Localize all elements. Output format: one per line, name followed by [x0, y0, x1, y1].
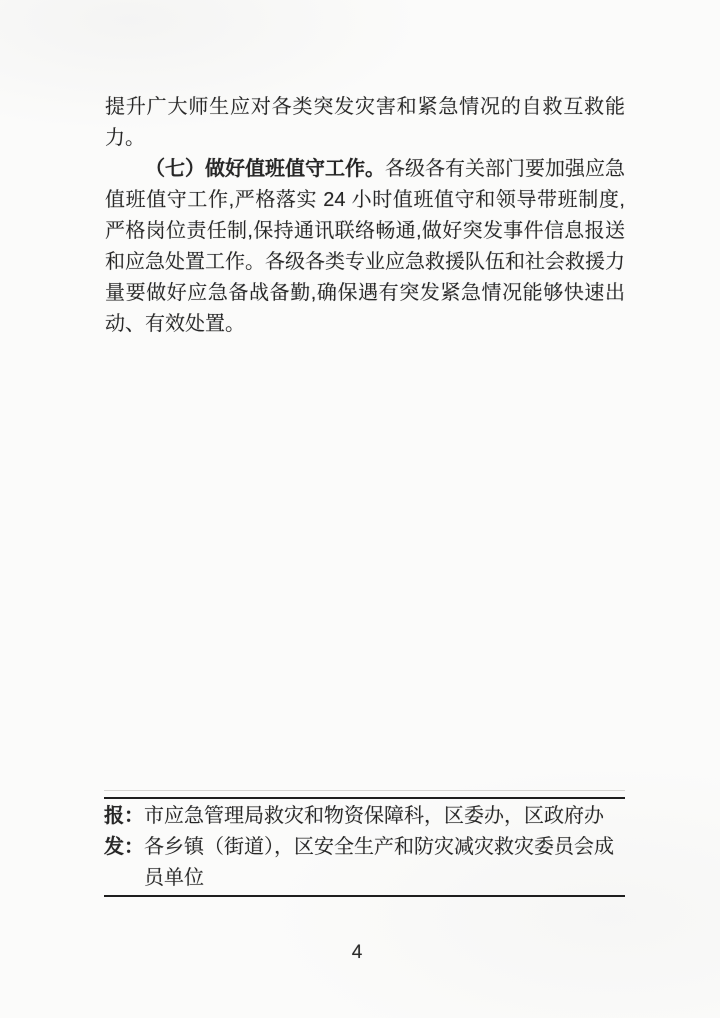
- issue-content: 各乡镇（街道），区安全生产和防灾减灾救灾委员会成 员单位: [144, 832, 625, 894]
- footer-rows: 报： 市应急管理局救灾和物资保障科，区委办，区政府办 发： 各乡镇（街道），区安…: [104, 799, 625, 895]
- page-number: 4: [0, 941, 714, 965]
- body-line-section-heading: （七）做好值班值守工作。各级各有关部门要加强应急: [105, 154, 625, 185]
- section-heading-rest: 各级各有关部门要加强应急: [385, 158, 625, 180]
- report-label: 报：: [104, 801, 144, 832]
- body-line: 值班值守工作,严格落实 24 小时值班值守和领导带班制度,: [105, 185, 625, 216]
- issue-line: 员单位: [144, 863, 625, 894]
- report-content: 市应急管理局救灾和物资保障科，区委办，区政府办: [144, 801, 625, 832]
- footer-scan-ghost-line: [104, 790, 625, 791]
- body-line: 力。: [105, 123, 625, 154]
- distribution-footer: 报： 市应急管理局救灾和物资保障科，区委办，区政府办 发： 各乡镇（街道），区安…: [104, 790, 625, 897]
- document-body: 提升广大师生应对各类突发灾害和紧急情况的自救互救能 力。 （七）做好值班值守工作…: [105, 92, 625, 340]
- section-heading-bold: （七）做好值班值守工作。: [145, 158, 385, 180]
- issue-row: 发： 各乡镇（街道），区安全生产和防灾减灾救灾委员会成 员单位: [104, 832, 625, 894]
- footer-bottom-rule: [104, 895, 625, 897]
- report-line: 市应急管理局救灾和物资保障科，区委办，区政府办: [144, 801, 625, 832]
- body-line: 动、有效处置。: [105, 309, 625, 340]
- body-line: 和应急处置工作。各级各类专业应急救援队伍和社会救援力: [105, 247, 625, 278]
- body-line: 量要做好应急备战备勤,确保遇有突发紧急情况能够快速出: [105, 278, 625, 309]
- body-line: 提升广大师生应对各类突发灾害和紧急情况的自救互救能: [105, 92, 625, 123]
- report-row: 报： 市应急管理局救灾和物资保障科，区委办，区政府办: [104, 801, 625, 832]
- issue-label: 发：: [104, 832, 144, 894]
- body-line: 严格岗位责任制,保持通讯联络畅通,做好突发事件信息报送: [105, 216, 625, 247]
- document-page: 提升广大师生应对各类突发灾害和紧急情况的自救互救能 力。 （七）做好值班值守工作…: [0, 0, 720, 1018]
- issue-line: 各乡镇（街道），区安全生产和防灾减灾救灾委员会成: [144, 832, 625, 863]
